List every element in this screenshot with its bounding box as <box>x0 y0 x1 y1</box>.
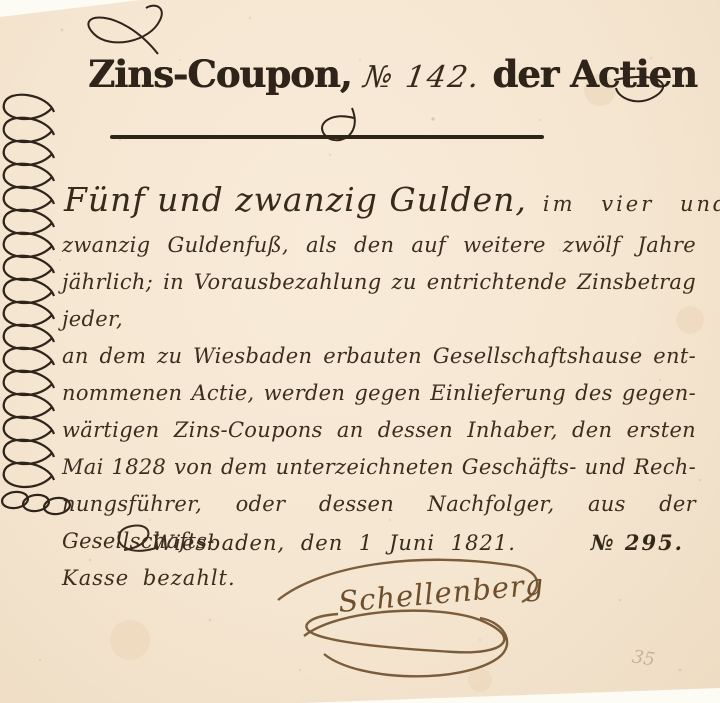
body-line: wärtigen Zins-Coupons an dessen Inhaber,… <box>62 412 696 449</box>
body-line: jährlich; in Vorausbezahlung zu entricht… <box>62 264 696 338</box>
serial-number: № 295. <box>591 530 684 555</box>
body-line: nommenen Actie, werden gegen Einlieferun… <box>62 375 696 412</box>
header-rule <box>110 135 544 139</box>
body-line: Mai 1828 von dem unterzeichneten Geschäf… <box>62 449 696 486</box>
coupon-scan: Zins-Coupon, № 142. der Actien Fünf und … <box>0 0 720 703</box>
dateline-row: Wiesbaden, den 1 Juni 1821. № 295. <box>152 530 684 555</box>
amount-text: Fünf und zwanzig Gulden, <box>64 180 527 219</box>
body-line: zwanzig Guldenfuß, als den auf weitere z… <box>62 227 696 264</box>
title-suffix: der Actien <box>492 52 697 96</box>
body-line: an dem zu Wiesbaden erbauten Gesellschaf… <box>62 338 696 375</box>
document-title: Zins-Coupon, № 142. der Actien <box>88 52 660 96</box>
pencil-note: 35 <box>630 646 656 670</box>
coupon-number: № 142. <box>361 60 483 95</box>
opening-line: Fünf und zwanzig Gulden, im vier und <box>64 163 720 219</box>
opening-continuation: im vier und <box>543 192 720 216</box>
title-prefix: Zins-Coupon, <box>88 52 352 96</box>
place-date: Wiesbaden, den 1 Juni 1821. <box>152 531 516 555</box>
